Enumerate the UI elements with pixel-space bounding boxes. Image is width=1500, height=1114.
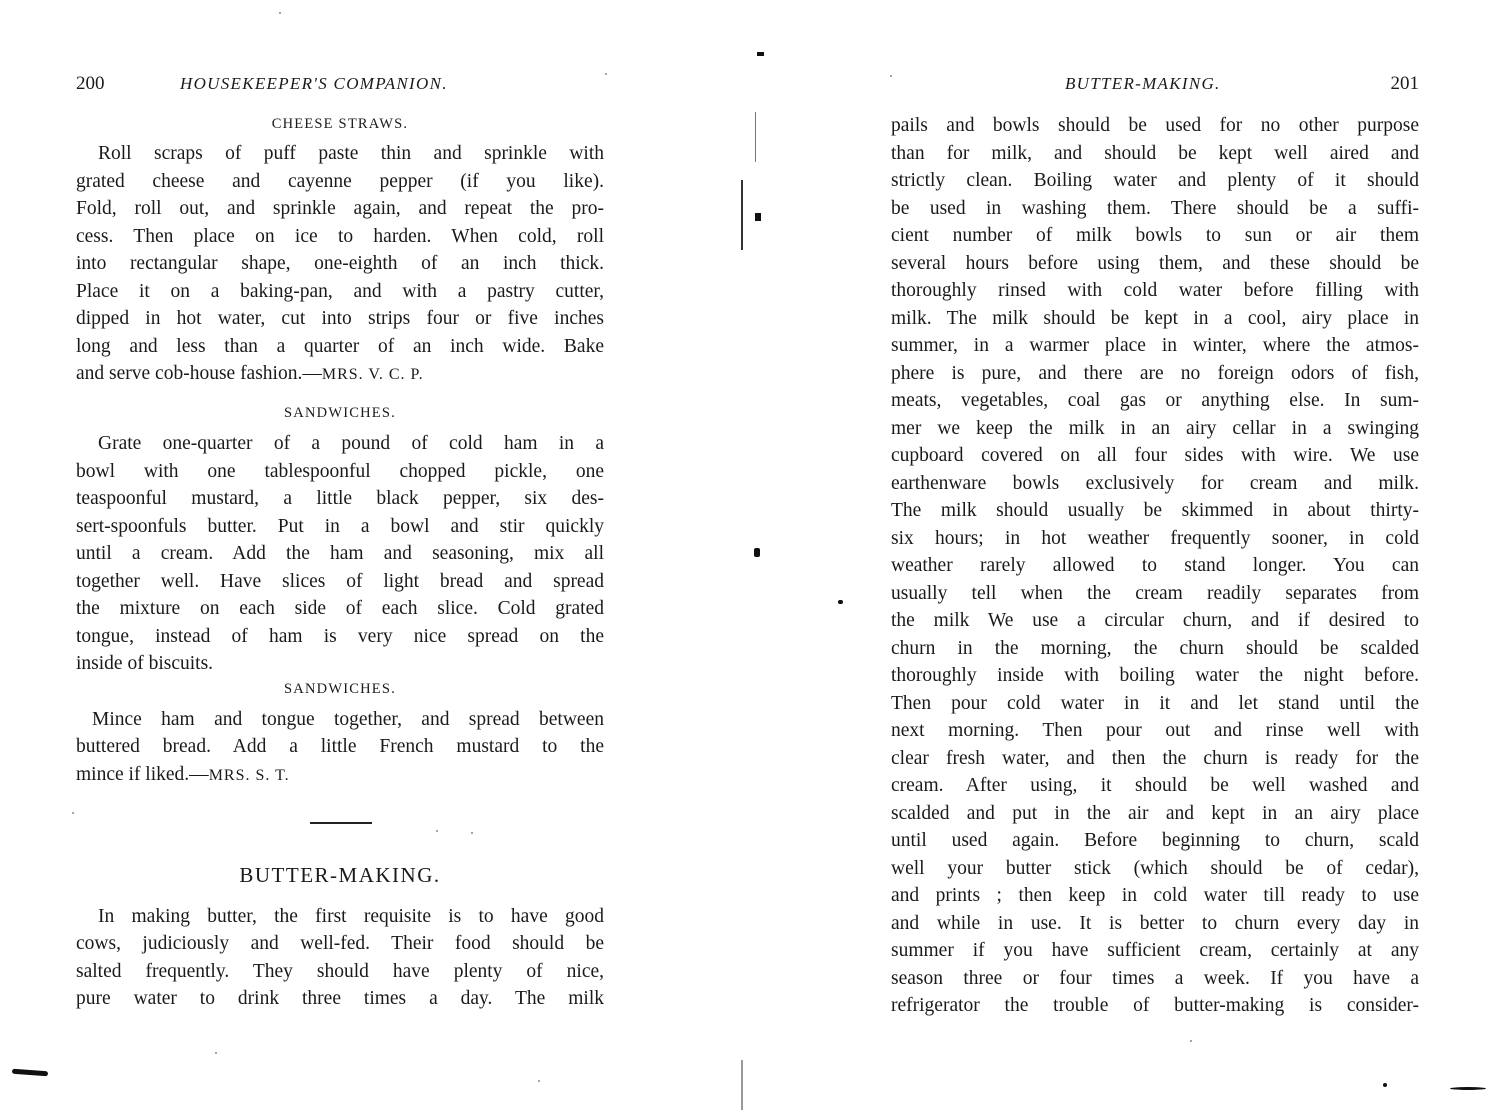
speck [436,830,438,832]
text-line: summer if you have sufficient cream, cer… [891,937,1419,964]
text-line: The milk should usually be skimmed in ab… [891,497,1419,524]
attribution: MRS. V. C. P. [322,366,424,383]
text-line: grated cheese and cayenne pepper (if you… [76,168,604,195]
text-line: strictly clean. Boiling water and plenty… [891,167,1419,194]
corner-mark [1383,1083,1387,1087]
speck [890,75,892,77]
text-line: usually tell when the cream readily sepa… [891,580,1419,607]
gutter-mark [755,213,761,221]
speck [605,73,607,75]
chapter-title: BUTTER-MAKING. [76,862,604,888]
text-line: refrigerator the trouble of butter-makin… [891,992,1419,1019]
section-heading-sandwiches-2: SANDWICHES. [76,679,604,699]
text-line: thoroughly inside with boiling water the… [891,662,1419,689]
gutter-line [755,112,756,162]
text-line: Mince ham and tongue together, and sprea… [76,706,604,733]
text-line: the mixture on each side of each slice. … [76,595,604,622]
text-line: teaspoonful mustard, a little black pepp… [76,485,604,512]
gutter-line [741,1060,743,1110]
speck [279,12,281,14]
text-line: dipped in hot water, cut into strips fou… [76,305,604,332]
text-line: mer we keep the milk in an airy cellar i… [891,415,1419,442]
text-line: meats, vegetables, coal gas or anything … [891,387,1419,414]
text-line: until a cream. Add the ham and seasoning… [76,540,604,567]
gutter-mark [838,600,843,604]
text-line: pails and bowls should be used for no ot… [891,112,1419,139]
speck [1190,1040,1192,1042]
text-line: cupboard covered on all four sides with … [891,442,1419,469]
text-line: cream. After using, it should be well wa… [891,772,1419,799]
section-heading-cheese-straws: CHEESE STRAWS. [76,114,604,134]
text-line: sert-spoonfuls butter. Put in a bowl and… [76,513,604,540]
page-number: 201 [1391,72,1420,96]
text-line: cient number of milk bowls to sun or air… [891,222,1419,249]
speck [72,812,74,814]
text-line: phere is pure, and there are no foreign … [891,360,1419,387]
running-head: BUTTER-MAKING. 201 [891,72,1419,96]
text-line: Place it on a baking-pan, and with a pas… [76,278,604,305]
gutter-mark [757,52,764,56]
speck [538,1080,540,1082]
text-line: be used in washing them. There should be… [891,195,1419,222]
text-line: pure water to drink three times a day. T… [76,985,604,1012]
speck [215,1052,217,1054]
text-line: weather rarely allowed to stand longer. … [891,552,1419,579]
text-line: and serve cob-house fashion.—MRS. V. C. … [76,360,604,387]
text-line: Roll scraps of puff paste thin and sprin… [76,140,604,167]
text-line: cows, judiciously and well-fed. Their fo… [76,930,604,957]
text-line: churn in the morning, the churn should b… [891,635,1419,662]
text-line: until used again. Before beginning to ch… [891,827,1419,854]
text-line: the milk We use a circular churn, and if… [891,607,1419,634]
page-number: 200 [76,72,105,96]
running-head: 200 HOUSEKEEPER'S COMPANION. [76,72,604,96]
gutter-line [741,180,743,250]
text-line: season three or four times a week. If yo… [891,965,1419,992]
text-line: milk. The milk should be kept in a cool,… [891,305,1419,332]
text-line: In making butter, the first requisite is… [76,903,604,930]
text-line: than for milk, and should be kept well a… [891,140,1419,167]
text-line: summer, in a warmer place in winter, whe… [891,332,1419,359]
text-line: bowl with one tablespoonful chopped pick… [76,458,604,485]
text-line: mince if liked.—MRS. S. T. [76,761,604,788]
text-line: Grate one-quarter of a pound of cold ham… [76,430,604,457]
speck [471,832,473,834]
corner-mark [1450,1087,1486,1090]
text-line: buttered bread. Add a little French must… [76,733,604,760]
text-line: salted frequently. They should have plen… [76,958,604,985]
text-line: thoroughly rinsed with cold water before… [891,277,1419,304]
section-divider-rule [310,822,372,824]
text-line: well your butter stick (which should be … [891,855,1419,882]
text-line: tongue, instead of ham is very nice spre… [76,623,604,650]
running-head-title: HOUSEKEEPER'S COMPANION. [180,72,448,96]
text-line: cess. Then place on ice to harden. When … [76,223,604,250]
text-line: together well. Have slices of light brea… [76,568,604,595]
running-head-title: BUTTER-MAKING. [1065,72,1221,96]
attribution: MRS. S. T. [209,767,290,784]
text-line: several hours before using them, and the… [891,250,1419,277]
text-line: next morning. Then pour out and rinse we… [891,717,1419,744]
text-line: scalded and put in the air and kept in a… [891,800,1419,827]
gutter-mark [754,548,760,557]
text-line: Then pour cold water in it and let stand… [891,690,1419,717]
text-line: inside of biscuits. [76,650,604,677]
corner-mark [12,1069,48,1076]
section-heading-sandwiches: SANDWICHES. [76,403,604,423]
text-line: earthenware bowls exclusively for cream … [891,470,1419,497]
text-line: into rectangular shape, one-eighth of an… [76,250,604,277]
text-line: long and less than a quarter of an inch … [76,333,604,360]
text-line: six hours; in hot weather frequently soo… [891,525,1419,552]
text-line: Fold, roll out, and sprinkle again, and … [76,195,604,222]
text-line: and while in use. It is better to churn … [891,910,1419,937]
text-line: clear fresh water, and then the churn is… [891,745,1419,772]
text-line: and prints ; then keep in cold water til… [891,882,1419,909]
